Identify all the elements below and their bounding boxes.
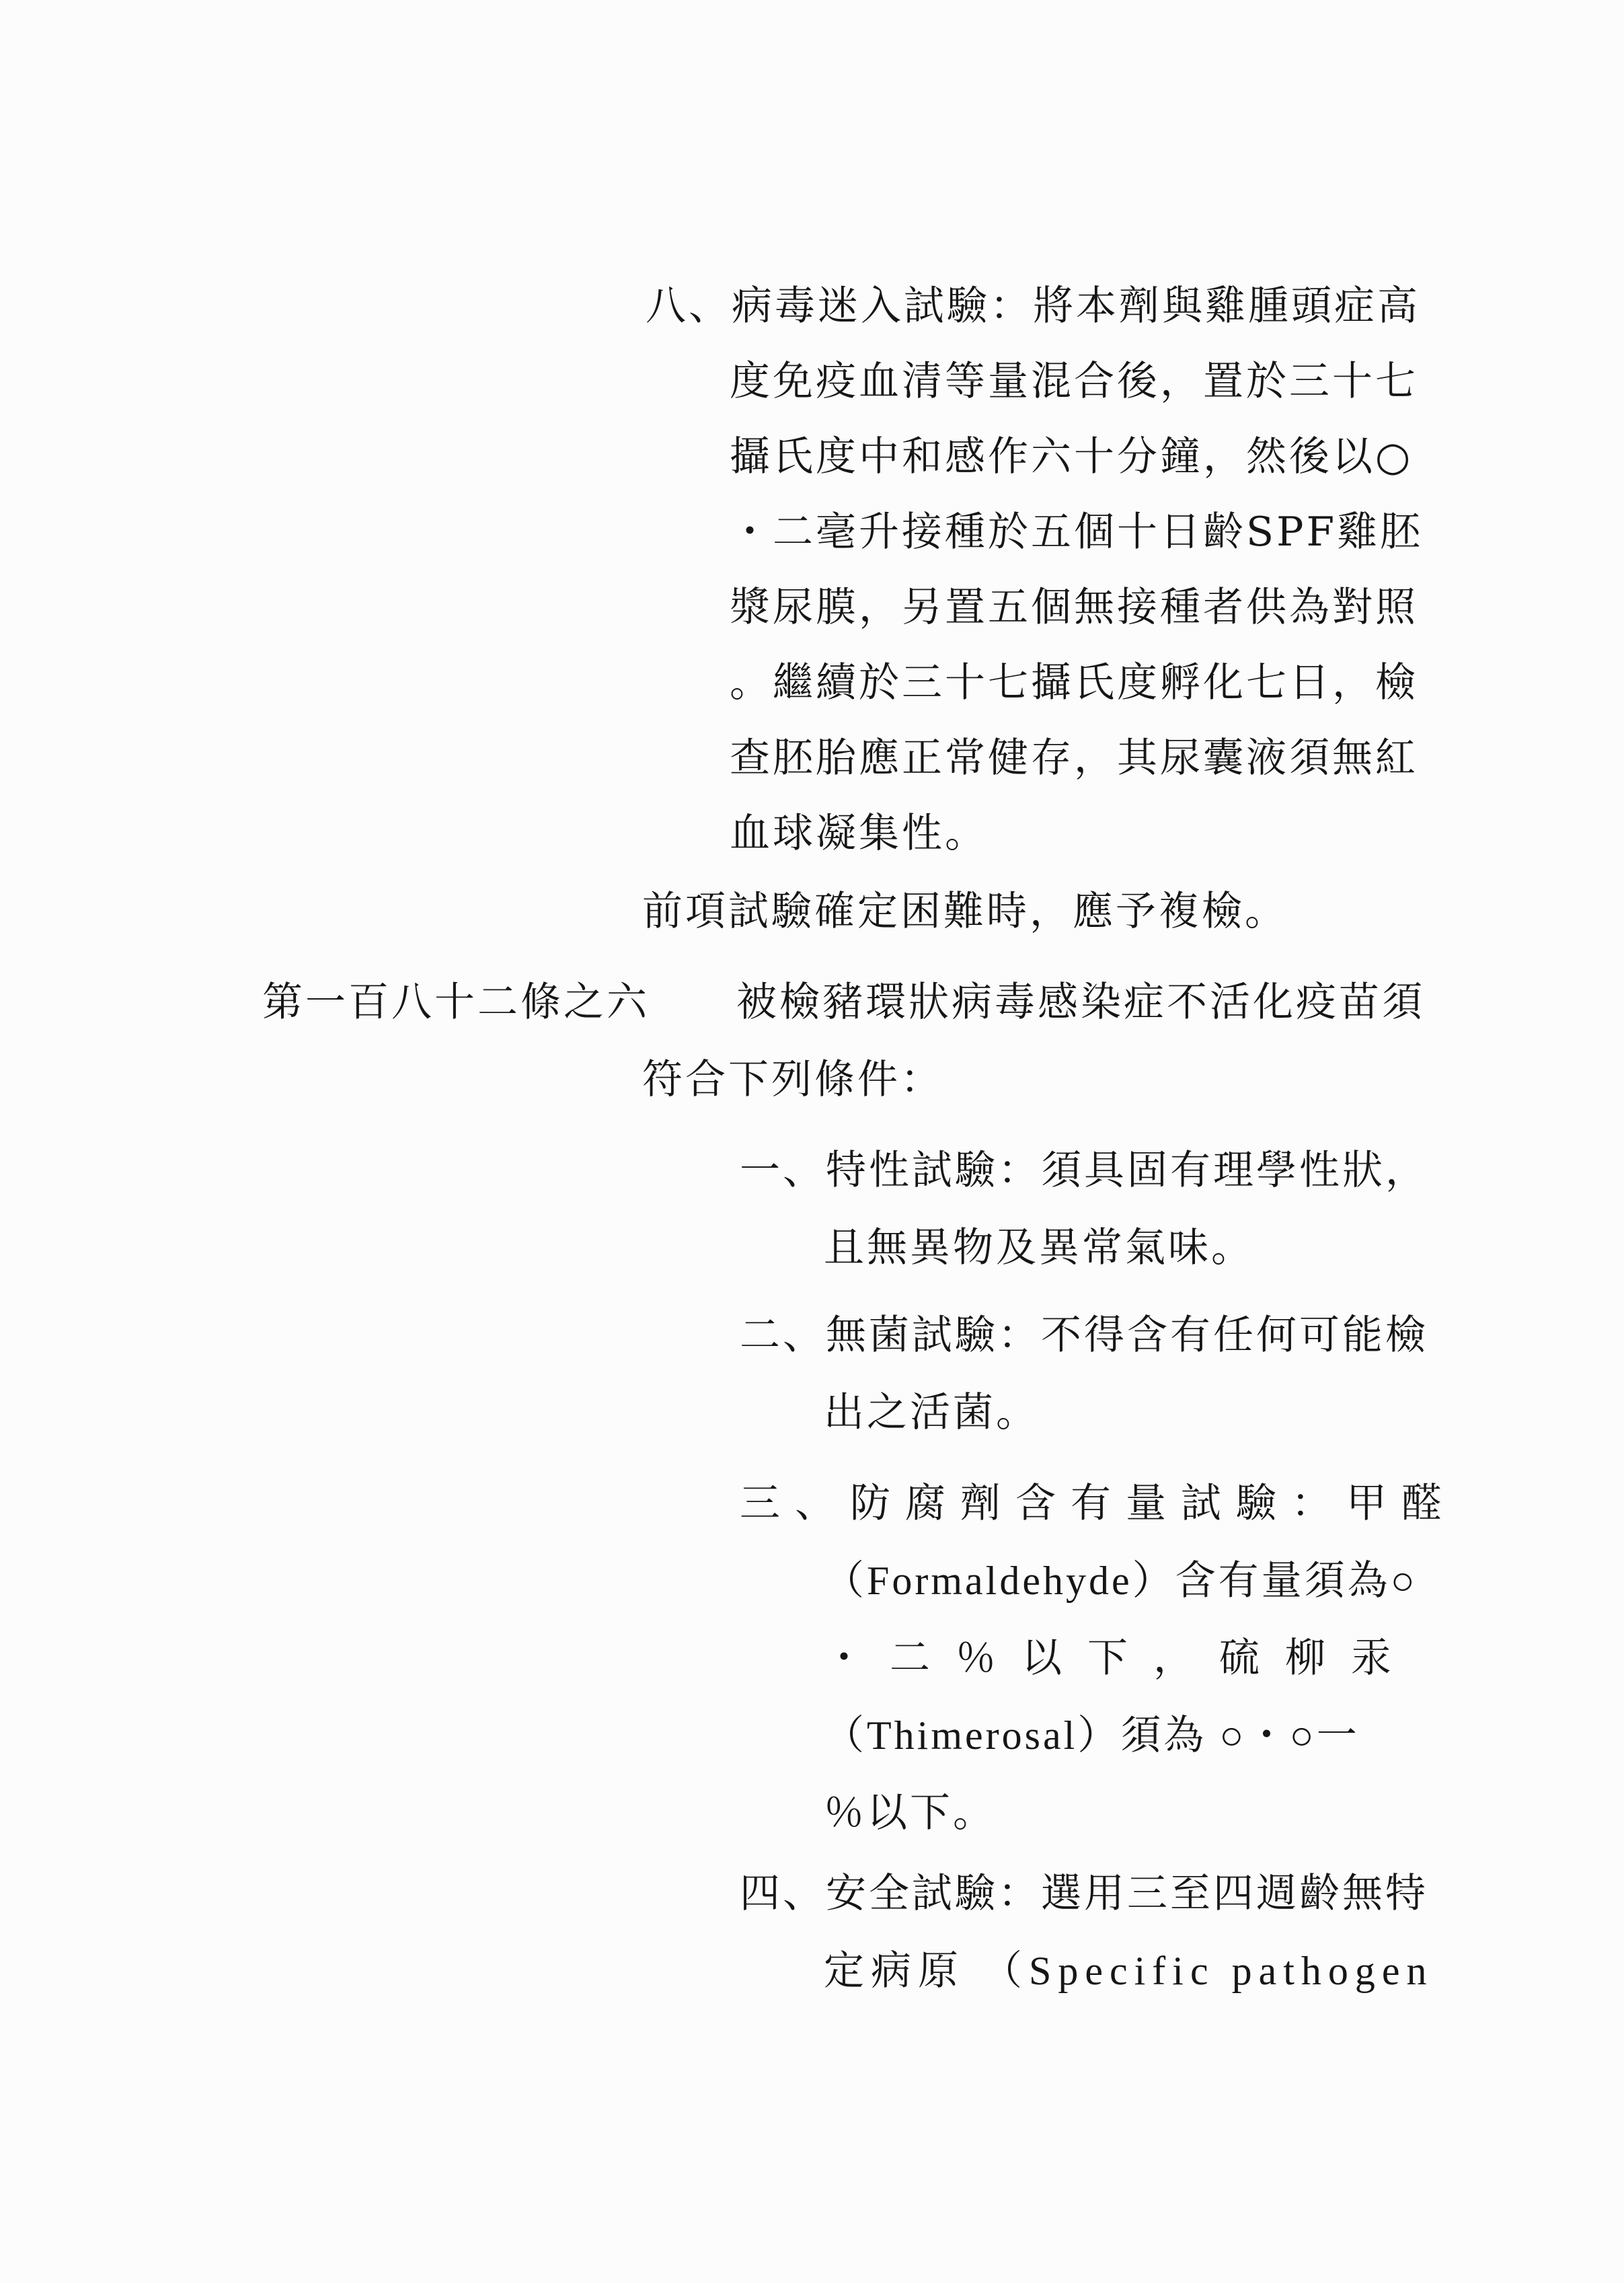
condition-4-line-1: 四、安全試驗：選用三至四週齡無特 bbox=[740, 1867, 1428, 1920]
item8-line-1: 八、病毒迷入試驗：將本劑與雞腫頭症高 bbox=[646, 279, 1420, 333]
condition-2-line-2: 出之活菌。 bbox=[824, 1386, 1039, 1439]
condition-3-line-4: （Thimerosal）須為 ○・○一 bbox=[824, 1709, 1360, 1762]
article-number: 第一百八十二條之六 bbox=[262, 975, 650, 1029]
condition-2-line-1: 二、無菌試驗：不得含有任何可能檢 bbox=[740, 1308, 1428, 1362]
condition-3-line-1: 三、防腐劑含有量試驗：甲醛 bbox=[740, 1476, 1457, 1530]
condition-4-line-2: 定病原 （Specific pathogen bbox=[824, 1944, 1434, 1998]
item8-line-7: 查胚胎應正常健存，其尿囊液須無紅 bbox=[730, 731, 1418, 785]
item8-line-3: 攝氏度中和感作六十分鐘，然後以○ bbox=[730, 430, 1413, 484]
item8-line-6: 。繼續於三十七攝氏度孵化七日，檢 bbox=[730, 656, 1418, 710]
item8-line-4: ・二毫升接種於五個十日齡SPF雞胚 bbox=[730, 505, 1423, 559]
condition-3-line-5: ％以下。 bbox=[824, 1786, 996, 1840]
condition-3-line-3: ・二％以下，硫柳汞 bbox=[824, 1631, 1417, 1685]
condition-1-line-2: 且無異物及異常氣味。 bbox=[824, 1221, 1254, 1275]
item8-line-2: 度免疫血清等量混合後，置於三十七 bbox=[730, 354, 1418, 408]
retest-note: 前項試驗確定困難時，應予複檢。 bbox=[642, 885, 1288, 938]
condition-3-line-2: （Formaldehyde）含有量須為○ bbox=[824, 1554, 1418, 1608]
article-text-line-2: 符合下列條件： bbox=[642, 1053, 943, 1107]
item8-line-8: 血球凝集性。 bbox=[730, 807, 988, 860]
condition-1-line-1: 一、特性試驗：須具固有理學性狀， bbox=[740, 1144, 1428, 1197]
item8-line-5: 漿尿膜，另置五個無接種者供為對照 bbox=[730, 581, 1418, 634]
article-text-line-1: 被檢豬環狀病毒感染症不活化疫苗須 bbox=[736, 975, 1425, 1029]
